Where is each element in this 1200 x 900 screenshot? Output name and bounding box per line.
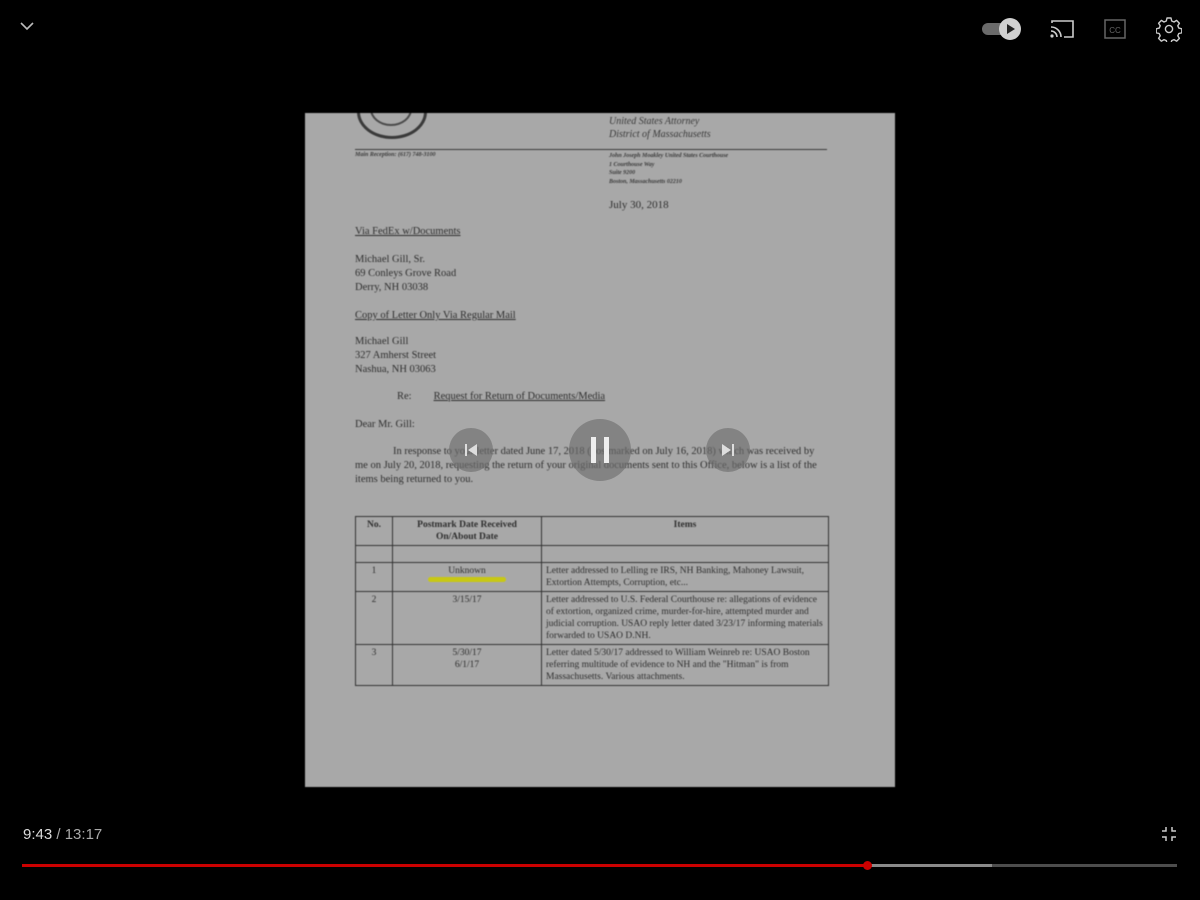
re-subject: Request for Return of Documents/Media	[434, 391, 605, 402]
exit-fullscreen-button[interactable]	[1160, 826, 1178, 842]
recipient-line: 69 Conleys Grove Road	[355, 267, 456, 281]
time-separator: /	[52, 826, 65, 843]
time-display: 9:43 / 13:17	[23, 826, 102, 843]
settings-button[interactable]	[1156, 16, 1182, 42]
cell-no: 1	[356, 563, 393, 592]
recipient-1: Michael Gill, Sr. 69 Conleys Grove Road …	[355, 253, 456, 295]
address-line: Suite 9200	[609, 169, 728, 178]
office-heading: United States Attorney District of Massa…	[609, 115, 711, 141]
autoplay-toggle[interactable]	[981, 17, 1023, 41]
recipient-line: Nashua, NH 03063	[355, 363, 436, 377]
captions-button[interactable]: CC	[1103, 18, 1127, 40]
recipient-line: Michael Gill	[355, 335, 436, 349]
doj-seal-image	[357, 113, 427, 139]
cell-date: Unknown	[393, 563, 542, 592]
play-pause-button[interactable]	[569, 419, 631, 481]
seek-bar[interactable]	[22, 864, 1177, 867]
cast-button[interactable]	[1048, 17, 1076, 41]
next-button[interactable]	[706, 428, 750, 472]
cell-no: 3	[356, 645, 393, 686]
re-label: Re:	[397, 391, 412, 402]
duration: 13:17	[65, 826, 103, 843]
skip-previous-icon	[461, 440, 481, 460]
played-bar	[22, 864, 867, 867]
col-postmark: Postmark Date Received On/About Date	[393, 517, 542, 546]
highlighted-date: Unknown	[448, 566, 485, 576]
address-line: 1 Courthouse Way	[609, 161, 728, 170]
table-row: 35/30/17 6/1/17Letter dated 5/30/17 addr…	[356, 645, 829, 686]
current-time: 9:43	[23, 826, 52, 843]
skip-next-icon	[718, 440, 738, 460]
cell-items: Letter addressed to Lelling re IRS, NH B…	[542, 563, 829, 592]
office-line-1: United States Attorney	[609, 115, 711, 128]
pause-icon	[587, 435, 613, 465]
salutation: Dear Mr. Gill:	[355, 418, 415, 432]
delivery-method-2: Copy of Letter Only Via Regular Mail	[355, 309, 516, 323]
recipient-line: Derry, NH 03038	[355, 281, 456, 295]
recipient-2: Michael Gill 327 Amherst Street Nashua, …	[355, 335, 436, 377]
letter-date: July 30, 2018	[609, 199, 669, 211]
table-row: 1UnknownLetter addressed to Lelling re I…	[356, 563, 829, 592]
returned-items-table: No. Postmark Date Received On/About Date…	[355, 516, 829, 686]
table-row: 23/15/17Letter addressed to U.S. Federal…	[356, 592, 829, 645]
office-line-2: District of Massachusetts	[609, 128, 711, 141]
cell	[542, 546, 829, 563]
cell-date: 5/30/17 6/1/17	[393, 645, 542, 686]
cell-no: 2	[356, 592, 393, 645]
re-line: Re:Request for Return of Documents/Media	[397, 391, 605, 402]
reception-phone: Main Reception: (617) 748-3100	[355, 152, 436, 158]
table-spacer-row	[356, 546, 829, 563]
exit-fullscreen-icon	[1160, 826, 1178, 842]
office-address: John Joseph Moakley United States Courth…	[609, 152, 728, 186]
cell-items: Letter addressed to U.S. Federal Courtho…	[542, 592, 829, 645]
gear-icon	[1156, 16, 1182, 42]
autoplay-toggle-icon	[981, 17, 1023, 41]
cell-date: 3/15/17	[393, 592, 542, 645]
cell	[393, 546, 542, 563]
delivery-method-1: Via FedEx w/Documents	[355, 225, 461, 239]
col-items: Items	[542, 517, 829, 546]
cell	[356, 546, 393, 563]
cast-icon	[1048, 17, 1076, 41]
collapse-button[interactable]	[16, 18, 38, 34]
cc-icon: CC	[1103, 18, 1127, 40]
address-line: Boston, Massachusetts 02210	[609, 178, 728, 187]
header-rule	[355, 149, 827, 150]
svg-text:CC: CC	[1109, 26, 1121, 35]
recipient-line: Michael Gill, Sr.	[355, 253, 456, 267]
recipient-line: 327 Amherst Street	[355, 349, 436, 363]
previous-button[interactable]	[449, 428, 493, 472]
cell-items: Letter dated 5/30/17 addressed to Willia…	[542, 645, 829, 686]
col-no: No.	[356, 517, 393, 546]
address-line: John Joseph Moakley United States Courth…	[609, 152, 728, 161]
scrubber-handle[interactable]	[863, 861, 872, 870]
chevron-down-icon	[16, 18, 38, 34]
